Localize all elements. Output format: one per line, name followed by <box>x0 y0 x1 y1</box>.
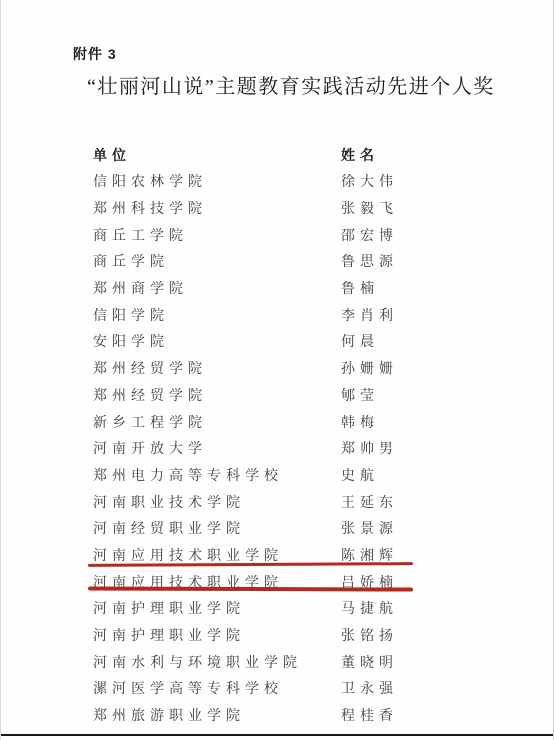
name-cell: 邵宏博 <box>341 225 441 245</box>
name-cell: 董晓明 <box>341 652 441 672</box>
table-row: 河南水利与环境职业学院 董晓明 <box>93 648 441 675</box>
table-row: 河南护理职业学院 马捷航 <box>93 595 441 622</box>
table-row: 漯河医学高等专科学校 卫永强 <box>93 675 441 702</box>
name-cell: 郑帅男 <box>341 438 441 458</box>
unit-cell: 河南经贸职业学院 <box>93 518 341 538</box>
table-row: 河南应用技术职业学院 吕娇楠 <box>93 568 441 595</box>
red-underline-annotation <box>88 562 413 567</box>
document-page: 附件 3 “壮丽河山说”主题教育实践活动先进个人奖 单位 姓名 信阳农林学院 徐… <box>0 0 554 740</box>
unit-cell: 信阳农林学院 <box>93 171 341 191</box>
unit-cell: 河南水利与环境职业学院 <box>93 652 341 672</box>
unit-cell: 郑州电力高等专科学校 <box>93 465 341 485</box>
table-row: 河南护理职业学院 张铭扬 <box>93 622 441 649</box>
table-row: 郑州旅游职业学院 程桂香 <box>93 702 441 729</box>
name-cell: 鲁思源 <box>341 251 441 271</box>
name-cell: 程桂香 <box>341 705 441 725</box>
page-title: “壮丽河山说”主题教育实践活动先进个人奖 <box>87 70 495 99</box>
table-header-row: 单位 姓名 <box>93 141 441 168</box>
name-cell: 张铭扬 <box>341 625 441 645</box>
name-cell: 王延东 <box>341 492 441 512</box>
name-cell: 郇莹 <box>341 385 441 405</box>
unit-cell: 郑州经贸学院 <box>93 358 341 378</box>
award-table: 单位 姓名 信阳农林学院 徐大伟 郑州科技学院 张毅飞 商丘工学院 邵宏博 商丘… <box>93 141 441 728</box>
table-row: 郑州电力高等专科学校 史航 <box>93 462 441 489</box>
name-cell: 鲁楠 <box>341 278 441 298</box>
unit-cell: 安阳学院 <box>93 331 341 351</box>
table-row: 河南职业技术学院 王延东 <box>93 488 441 515</box>
unit-cell: 河南护理职业学院 <box>93 625 341 645</box>
name-cell: 张景源 <box>341 518 441 538</box>
unit-cell: 漯河医学高等专科学校 <box>93 678 341 698</box>
table-row: 郑州经贸学院 孙姗姗 <box>93 355 441 382</box>
table-row: 郑州商学院 鲁楠 <box>93 275 441 302</box>
name-cell: 李肖利 <box>341 305 441 325</box>
unit-cell: 河南开放大学 <box>93 438 341 458</box>
unit-cell: 郑州商学院 <box>93 278 341 298</box>
table-row: 河南开放大学 郑帅男 <box>93 435 441 462</box>
table-row: 商丘工学院 邵宏博 <box>93 221 441 248</box>
unit-cell: 信阳学院 <box>93 305 341 325</box>
name-cell: 何晨 <box>341 331 441 351</box>
name-cell: 马捷航 <box>341 598 441 618</box>
attachment-label: 附件 3 <box>73 44 117 64</box>
unit-cell: 商丘学院 <box>93 251 341 271</box>
unit-cell: 郑州经贸学院 <box>93 385 341 405</box>
name-cell: 徐大伟 <box>341 171 441 191</box>
table-row: 安阳学院 何晨 <box>93 328 441 355</box>
page-bottom-rule <box>1 734 553 736</box>
unit-cell: 河南职业技术学院 <box>93 492 341 512</box>
table-row: 商丘学院 鲁思源 <box>93 248 441 275</box>
unit-cell: 商丘工学院 <box>93 225 341 245</box>
unit-cell: 郑州旅游职业学院 <box>93 705 341 725</box>
name-cell: 史航 <box>341 465 441 485</box>
table-row: 郑州经贸学院 郇莹 <box>93 382 441 409</box>
table-row: 河南应用技术职业学院 陈湘辉 <box>93 542 441 569</box>
award-table-body: 信阳农林学院 徐大伟 郑州科技学院 张毅飞 商丘工学院 邵宏博 商丘学院 鲁思源… <box>93 168 441 728</box>
table-row: 新乡工程学院 韩梅 <box>93 408 441 435</box>
table-row: 信阳农林学院 徐大伟 <box>93 168 441 195</box>
name-cell: 韩梅 <box>341 412 441 432</box>
unit-cell: 河南护理职业学院 <box>93 598 341 618</box>
name-cell: 张毅飞 <box>341 198 441 218</box>
name-cell: 孙姗姗 <box>341 358 441 378</box>
table-row: 河南经贸职业学院 张景源 <box>93 515 441 542</box>
name-column-header: 姓名 <box>341 145 441 165</box>
table-row: 信阳学院 李肖利 <box>93 301 441 328</box>
unit-cell: 新乡工程学院 <box>93 412 341 432</box>
name-cell: 卫永强 <box>341 678 441 698</box>
unit-cell: 郑州科技学院 <box>93 198 341 218</box>
unit-column-header: 单位 <box>93 145 341 165</box>
table-row: 郑州科技学院 张毅飞 <box>93 195 441 222</box>
